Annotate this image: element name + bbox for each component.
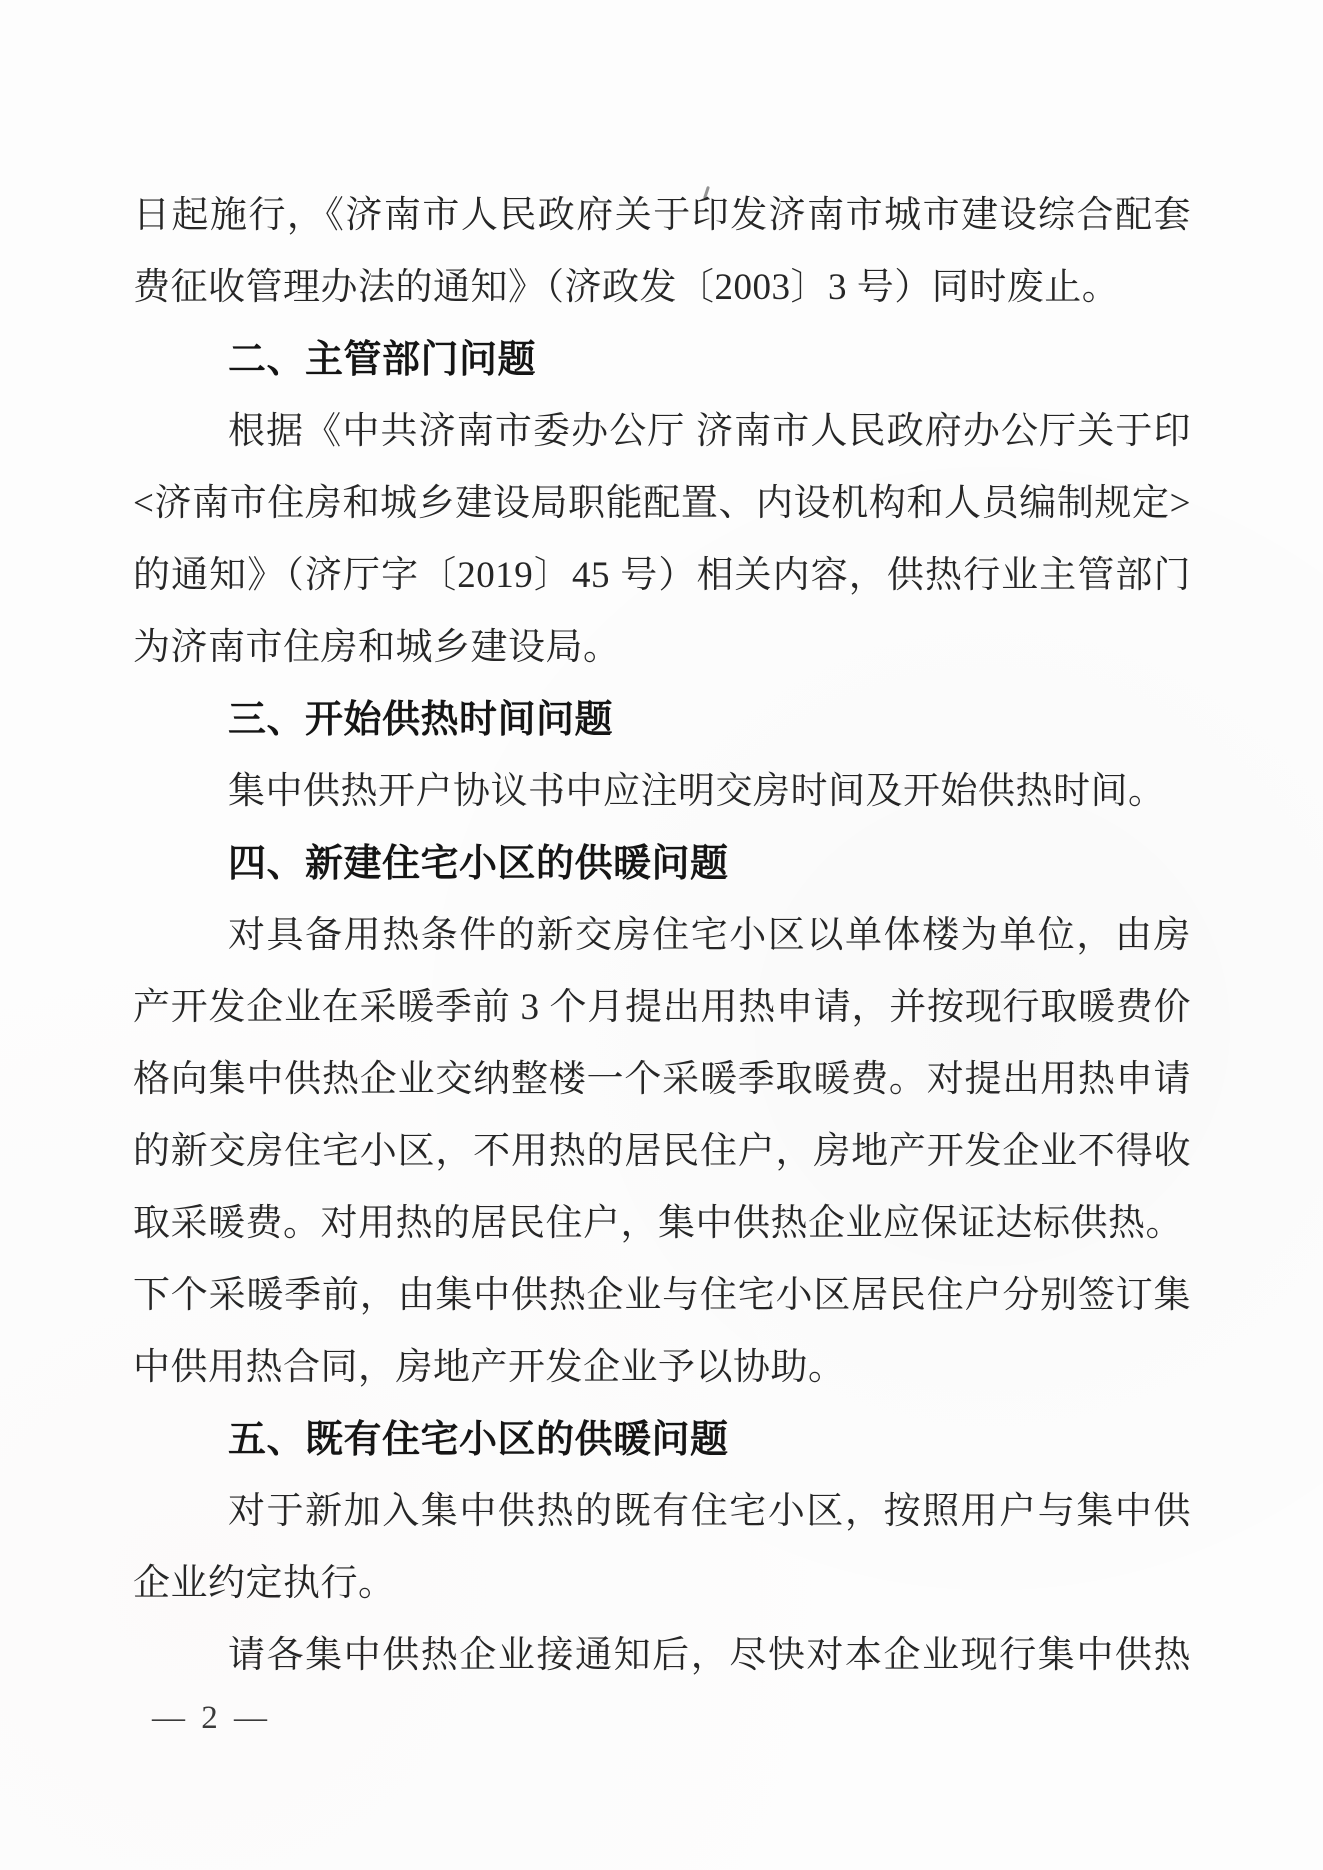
section-heading: 二、主管部门问题 xyxy=(133,324,1191,396)
text-line: 企业约定执行。 xyxy=(133,1548,1191,1620)
document-body: 日起施行，《济南市人民政府关于印发济南市城市建设综合配套费征收管理办法的通知》（… xyxy=(133,180,1191,1692)
text-line: <济南市住房和城乡建设局职能配置、内设机构和人员编制规定> xyxy=(133,468,1191,540)
scanned-document-page: 日起施行，《济南市人民政府关于印发济南市城市建设综合配套费征收管理办法的通知》（… xyxy=(0,0,1323,1870)
text-line: 的新交房住宅小区，不用热的居民住户，房地产开发企业不得收 xyxy=(133,1116,1191,1188)
text-line: 请各集中供热企业接通知后，尽快对本企业现行集中供热开 xyxy=(133,1620,1191,1692)
text-line: 对于新加入集中供热的既有住宅小区，按照用户与集中供热 xyxy=(133,1476,1191,1548)
text-line: 的通知》（济厅字〔2019〕45 号）相关内容，供热行业主管部门 xyxy=(133,540,1191,612)
text-line: 费征收管理办法的通知》（济政发〔2003〕3 号）同时废止。 xyxy=(133,252,1191,324)
section-heading: 三、开始供热时间问题 xyxy=(133,684,1191,756)
text-line: 下个采暖季前，由集中供热企业与住宅小区居民住户分别签订集 xyxy=(133,1260,1191,1332)
text-line: 集中供热开户协议书中应注明交房时间及开始供热时间。 xyxy=(133,756,1191,828)
text-line: 对具备用热条件的新交房住宅小区以单体楼为单位，由房地 xyxy=(133,900,1191,972)
text-line: 中供用热合同，房地产开发企业予以协助。 xyxy=(133,1332,1191,1404)
page-number: — 2 — xyxy=(152,1700,271,1737)
section-heading: 四、新建住宅小区的供暖问题 xyxy=(133,828,1191,900)
section-heading: 五、既有住宅小区的供暖问题 xyxy=(133,1404,1191,1476)
text-line: 日起施行，《济南市人民政府关于印发济南市城市建设综合配套 xyxy=(133,180,1191,252)
text-line: 格向集中供热企业交纳整楼一个采暖季取暖费。对提出用热申请 xyxy=(133,1044,1191,1116)
text-line: 根据《中共济南市委办公厅 济南市人民政府办公厅关于印发 xyxy=(133,396,1191,468)
text-line: 取采暖费。对用热的居民住户，集中供热企业应保证达标供热。 xyxy=(133,1188,1191,1260)
text-line: 为济南市住房和城乡建设局。 xyxy=(133,612,1191,684)
text-line: 产开发企业在采暖季前 3 个月提出用热申请，并按现行取暖费价 xyxy=(133,972,1191,1044)
